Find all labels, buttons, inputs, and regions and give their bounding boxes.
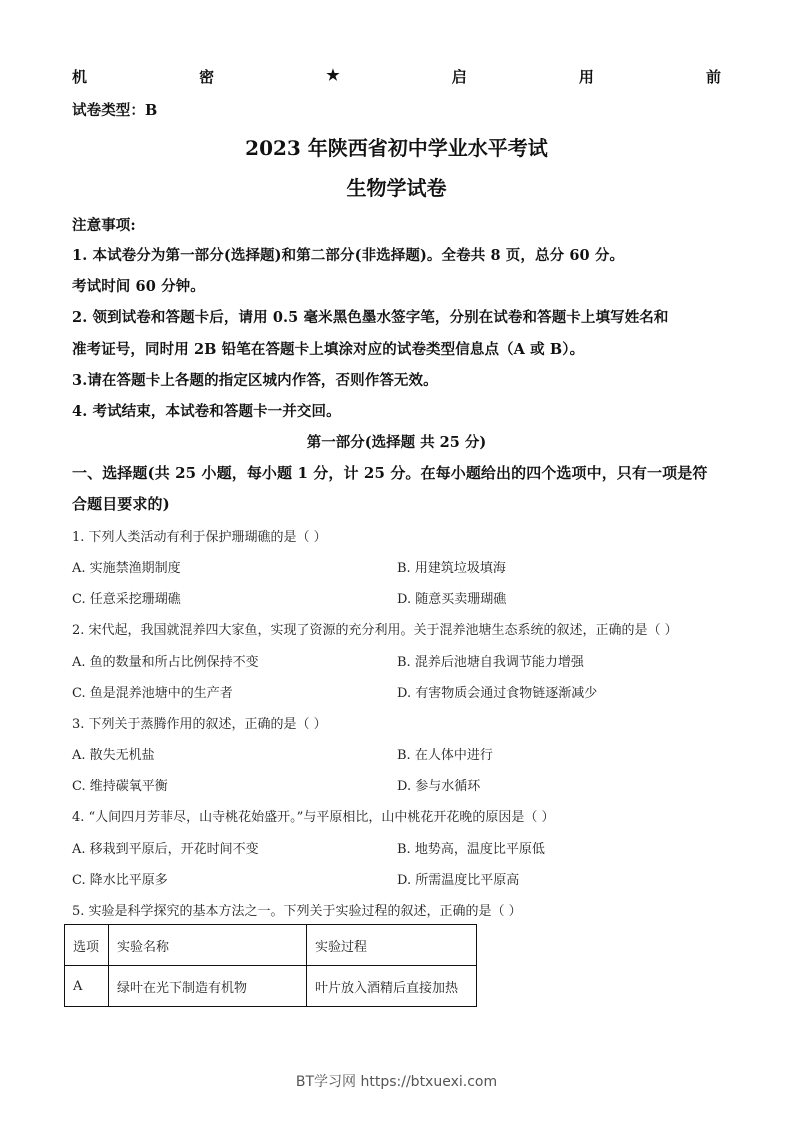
option-b: B. 在人体中进行 <box>397 744 493 763</box>
note-item: 4. 考试结束，本试卷和答题卡一并交回。 <box>72 400 341 421</box>
option-a: A. 鱼的数量和所占比例保持不变 <box>72 651 259 670</box>
option-c: C. 鱼是混养池塘中的生产者 <box>72 682 233 701</box>
table-header-row: 选项 实验名称 实验过程 <box>65 925 477 966</box>
note-item: 1. 本试卷分为第一部分(选择题)和第二部分(非选择题)。全卷共 8 页，总分 … <box>72 244 624 265</box>
confidential-char: 密 <box>199 66 214 88</box>
table-cell: A <box>65 966 109 1007</box>
option-c: C. 维持碳氧平衡 <box>72 775 168 794</box>
experiment-table: 选项 实验名称 实验过程 A 绿叶在光下制造有机物 叶片放入酒精后直接加热 <box>64 924 477 1007</box>
question-stem: 1. 下列人类活动有利于保护珊瑚礁的是（ ） <box>72 526 327 545</box>
table-cell: 叶片放入酒精后直接加热 <box>307 966 477 1007</box>
section-instruction: 合题目要求的) <box>72 493 170 514</box>
option-d: D. 所需温度比平原高 <box>397 869 519 888</box>
exam-subtitle: 生物学试卷 <box>0 172 793 201</box>
option-b: B. 混养后池塘自我调节能力增强 <box>397 651 584 670</box>
table-row: A 绿叶在光下制造有机物 叶片放入酒精后直接加热 <box>65 966 477 1007</box>
option-d: D. 有害物质会通过食物链逐渐减少 <box>397 682 597 701</box>
option-d: D. 参与水循环 <box>397 775 480 794</box>
note-item: 3.请在答题卡上各题的指定区城内作答，否则作答无效。 <box>72 369 438 390</box>
exam-title: 2023 年陕西省初中学业水平考试 <box>0 132 793 161</box>
table-cell: 绿叶在光下制造有机物 <box>109 966 307 1007</box>
note-item: 2. 领到试卷和答题卡后，请用 0.5 毫米黑色墨水签字笔，分别在试卷和答题卡上… <box>72 306 669 327</box>
note-item: 准考证号，同时用 2B 铅笔在答题卡上填涂对应的试卷类型信息点（A 或 B）。 <box>72 338 584 359</box>
notes-heading: 注意事项: <box>72 214 136 235</box>
option-b: B. 用建筑垃圾填海 <box>397 557 506 576</box>
star-icon: ★ <box>326 66 339 88</box>
watermark-footer: BT学习网 https://btxuexi.com <box>0 1071 793 1091</box>
option-a: A. 实施禁渔期制度 <box>72 557 181 576</box>
option-a: A. 移栽到平原后，开花时间不变 <box>72 838 259 857</box>
paper-type: 试卷类型：B <box>72 99 157 120</box>
table-header-cell: 实验过程 <box>307 925 477 966</box>
confidential-char: 机 <box>72 66 87 88</box>
table-header-cell: 实验名称 <box>109 925 307 966</box>
question-stem: 4. “人间四月芳菲尽，山寺桃花始盛开。”与平原相比，山中桃花开花晚的原因是（ … <box>72 806 554 825</box>
part1-heading: 第一部分(选择题 共 25 分) <box>0 431 793 452</box>
option-a: A. 散失无机盐 <box>72 744 155 763</box>
note-item: 考试时间 60 分钟。 <box>72 275 205 296</box>
option-c: C. 降水比平原多 <box>72 869 168 888</box>
question-stem: 3. 下列关于蒸腾作用的叙述，正确的是（ ） <box>72 713 327 732</box>
confidential-char: 启 <box>452 66 467 88</box>
confidential-line: 机 密 ★ 启 用 前 <box>72 66 721 88</box>
question-stem: 2. 宋代起，我国就混养四大家鱼，实现了资源的充分利用。关于混养池塘生态系统的叙… <box>72 619 678 638</box>
confidential-char: 用 <box>579 66 594 88</box>
option-b: B. 地势高，温度比平原低 <box>397 838 545 857</box>
option-d: D. 随意买卖珊瑚礁 <box>397 588 506 607</box>
section-instruction: 一、选择题(共 25 小题，每小题 1 分，计 25 分。在每小题给出的四个选项… <box>72 462 707 483</box>
table-header-cell: 选项 <box>65 925 109 966</box>
option-c: C. 任意采挖珊瑚礁 <box>72 588 181 607</box>
question-stem: 5. 实验是科学探究的基本方法之一。下列关于实验过程的叙述，正确的是（ ） <box>72 900 522 919</box>
confidential-char: 前 <box>706 66 721 88</box>
